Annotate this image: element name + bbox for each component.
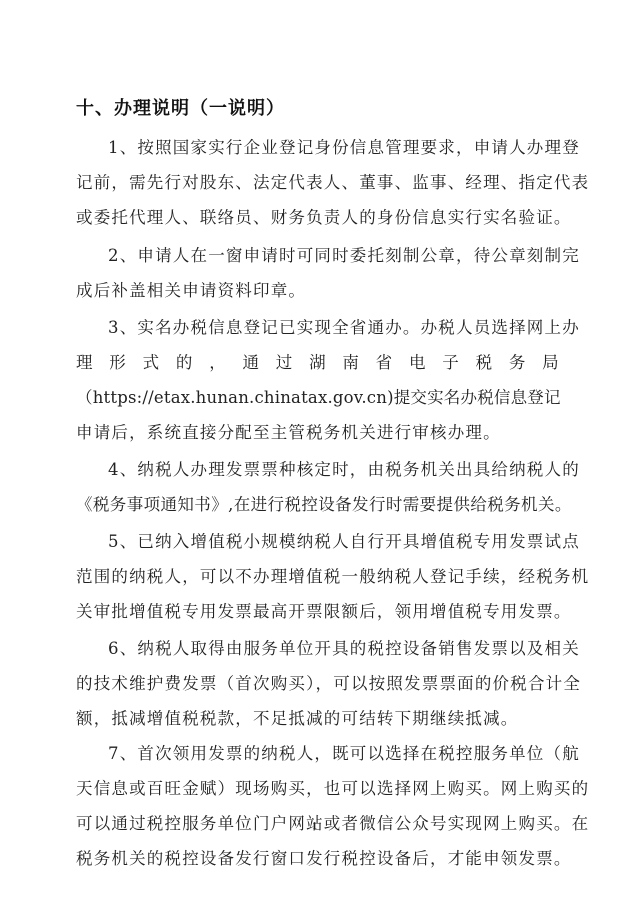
spread-char: 省 <box>376 351 394 375</box>
paragraph-7-line-4: 税务机关的税控设备发行窗口发行税控设备后，才能申领发票。 <box>76 847 560 871</box>
paragraph-3-line-3-url: （https://etax.hunan.chinatax.gov.cn)提交实名… <box>76 386 560 410</box>
spread-char: 局 <box>542 351 560 375</box>
document-page: 十、办理说明（一说明） 1、按照国家实行企业登记身份信息管理要求，申请人办理登 … <box>0 0 634 898</box>
paragraph-3-line-4: 申请后，系统直接分配至主管税务机关进行审核办理。 <box>76 421 560 445</box>
paragraph-1-line-1: 1、按照国家实行企业登记身份信息管理要求，申请人办理登 <box>108 136 560 160</box>
spread-char: 子 <box>442 351 460 375</box>
paragraph-7-line-2: 天信息或百旺金赋）现场购买，也可以选择网上购买。网上购买的 <box>76 777 560 801</box>
page-number: 1 <box>312 822 318 832</box>
spread-char: 通 <box>242 351 260 375</box>
spread-char: 式 <box>143 351 161 375</box>
paragraph-2-line-2: 成后补盖相关申请资料印章。 <box>76 279 560 303</box>
paragraph-3-line-1: 3、实名办税信息登记已实现全省通办。办税人员选择网上办 <box>108 316 560 340</box>
paragraph-6-line-2: 的技术维护费发票（首次购买），可以按照发票票面的价税合计全 <box>76 672 560 696</box>
paragraph-3-line-2-spread: 理 形 式 的 ， 通 过 湖 南 省 电 子 税 务 局 <box>76 351 560 375</box>
paragraph-6-line-3: 额，抵减增值税税款，不足抵减的可结转下期继续抵减。 <box>76 707 560 731</box>
paragraph-4-line-2: 《税务事项通知书》,在进行税控设备发行时需要提供给税务机关。 <box>76 493 560 517</box>
spread-char: ， <box>209 351 227 375</box>
paragraph-6-line-1: 6、纳税人取得由服务单位开具的税控设备销售发票以及相关 <box>108 637 560 661</box>
spread-char: 湖 <box>309 351 327 375</box>
paragraph-5-line-1: 5、已纳入增值税小规模纳税人自行开具增值税专用发票试点 <box>108 530 560 554</box>
paragraph-7-line-3: 可以通过税控服务单位门户网站或者微信公众号实现网上购买。在 <box>76 812 560 836</box>
spread-char: 务 <box>509 351 527 375</box>
section-heading: 十、办理说明（一说明） <box>76 94 285 120</box>
spread-char: 理 <box>76 351 94 375</box>
spread-char: 电 <box>409 351 427 375</box>
spread-char: 南 <box>342 351 360 375</box>
spread-char: 的 <box>176 351 194 375</box>
spread-char: 过 <box>276 351 294 375</box>
paragraph-5-line-3: 关审批增值税专用发票最高开票限额后，领用增值税专用发票。 <box>76 600 560 624</box>
spread-char: 形 <box>109 351 127 375</box>
paragraph-5-line-2: 范围的纳税人，可以不办理增值税一般纳税人登记手续，经税务机 <box>76 565 560 589</box>
paragraph-1-line-2: 记前，需先行对股东、法定代表人、董事、监事、经理、指定代表 <box>76 171 560 195</box>
paragraph-2-line-1: 2、申请人在一窗申请时可同时委托刻制公章，待公章刻制完 <box>108 244 560 268</box>
paragraph-1-line-3: 或委托代理人、联络员、财务负责人的身份信息实行实名验证。 <box>76 206 560 230</box>
paragraph-7-line-1: 7、首次领用发票的纳税人，既可以选择在税控服务单位（航 <box>108 742 560 766</box>
paragraph-4-line-1: 4、纳税人办理发票票种核定时，由税务机关出具给纳税人的 <box>108 458 560 482</box>
spread-char: 税 <box>476 351 494 375</box>
